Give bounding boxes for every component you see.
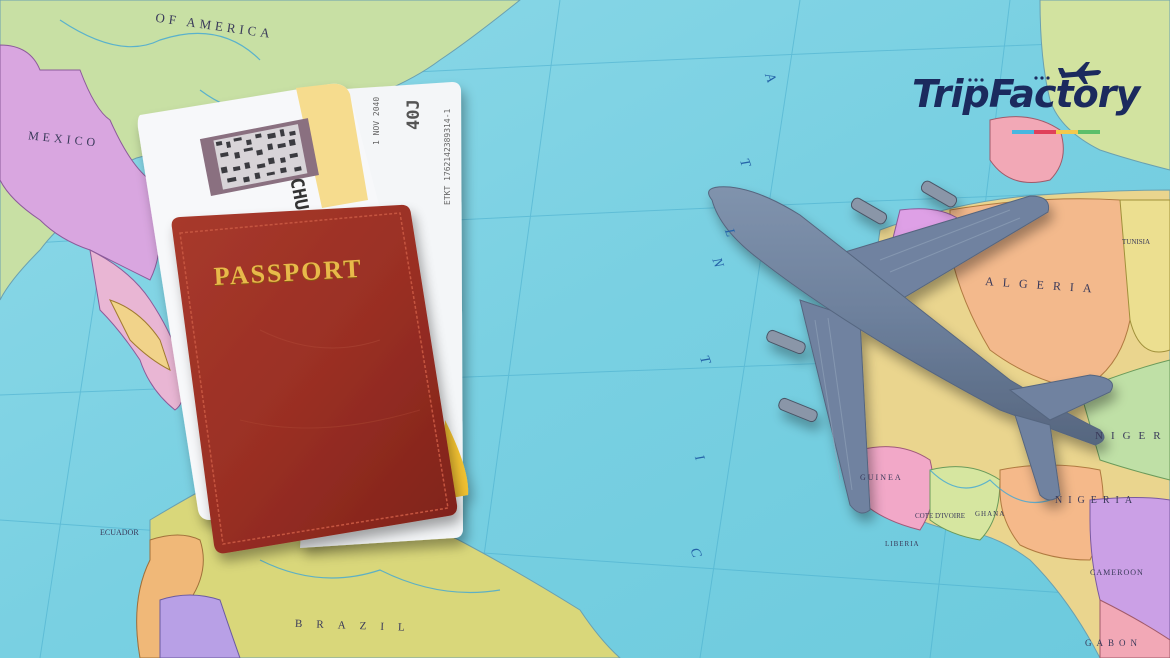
travel-banner: OF AMERICA MEXICO ALGERIA ECUADOR BRAZIL…: [0, 0, 1170, 658]
boarding-pass-date: 1 NOV 2040: [372, 97, 381, 145]
boarding-pass-seat: 40J: [404, 99, 424, 130]
boarding-pass-ticket-number: ETKT 1762142389314-1: [443, 109, 452, 205]
map-label: TUNISIA: [1122, 238, 1150, 246]
map-label: LIBERIA: [885, 540, 920, 548]
logo-text: TripFactory: [912, 72, 1139, 116]
map-label: COTE D'IVOIRE: [915, 512, 965, 520]
map-label: GABON: [1085, 638, 1142, 648]
map-label: GUINEA: [860, 473, 903, 482]
map-label: NIGERIA: [1055, 495, 1138, 506]
map-label: GHANA: [975, 510, 1005, 518]
logo-color-stripe: [1012, 130, 1100, 134]
map-label: NIGER: [1095, 430, 1169, 442]
tripfactory-logo: TripFactory: [912, 58, 1102, 138]
map-label: CAMEROON: [1090, 568, 1144, 577]
map-label: ECUADOR: [100, 528, 139, 537]
